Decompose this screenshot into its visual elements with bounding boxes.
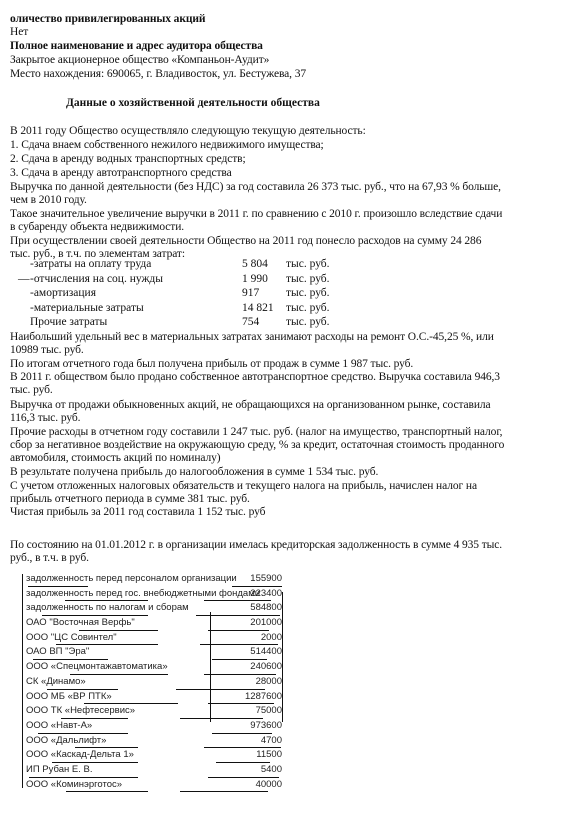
activity-3: 3. Сдача в аренду автотранспортного сред…	[10, 166, 232, 180]
creditor-amount: 11500	[256, 748, 282, 763]
other-expenses-text-3: автомобиля, стоимость акций по номиналу)	[10, 451, 221, 465]
creditor-name: ООО «Каскад-Дельта 1»	[26, 748, 134, 763]
cost-item: -материальные затраты 14 821 тыс. руб.	[10, 301, 410, 316]
creditor-name: ООО "ЦС Совинтел"	[26, 631, 117, 646]
creditor-name: ОАО ВП "Эра"	[26, 645, 89, 660]
largest-text-1: Наибольший удельный вес в материальных з…	[10, 330, 494, 344]
cost-label: -отчисления на соц. нужды	[30, 272, 163, 287]
cost-value: 754	[242, 315, 259, 330]
sold-vehicle-text-1: В 2011 г. обществом было продано собстве…	[10, 370, 500, 384]
cost-label: -затраты на оплату труда	[30, 257, 151, 272]
net-profit-text: Чистая прибыль за 2011 год составила 1 1…	[10, 505, 265, 519]
cost-value: 917	[242, 286, 259, 301]
creditor-amount: 1287600	[245, 690, 282, 705]
sold-vehicle-text-2: тыс. руб.	[10, 383, 53, 397]
creditor-amount: 973600	[250, 719, 282, 734]
increase-text-1: Такое значительное увеличение выручки в …	[10, 207, 502, 221]
cost-label: Прочие затраты	[30, 315, 107, 330]
revenue-text-1: Выручка по данной деятельности (без НДС)…	[10, 180, 501, 194]
creditor-name: ООО МБ «ВР ПТК»	[26, 690, 112, 705]
creditor-amount: 201000	[250, 616, 282, 631]
cost-label: -амортизация	[30, 286, 96, 301]
cost-item: -затраты на оплату труда 5 804 тыс. руб.	[10, 257, 410, 272]
intro-text: В 2011 году Общество осуществляло следую…	[10, 124, 366, 138]
cost-item: — -отчисления на соц. нужды 1 990 тыс. р…	[10, 272, 410, 287]
table-row: ИП Рубан Е. В.5400	[20, 763, 282, 778]
shares-revenue-text-1: Выручка от продажи обыкновенных акций, н…	[10, 398, 491, 412]
creditor-name: задолженность по налогам и сборам	[26, 601, 189, 616]
table-row: ООО «Спецмонтажавтоматика»240600	[20, 660, 282, 675]
cost-unit: тыс. руб.	[286, 272, 330, 287]
table-row: ООО «Навт-А»973600	[20, 719, 282, 734]
creditor-amount: 5400	[261, 763, 282, 778]
cost-unit: тыс. руб.	[286, 286, 330, 301]
table-row: ОАО ВП "Эра"514400	[20, 645, 282, 660]
creditor-amount: 155900	[250, 572, 282, 587]
row-underline	[66, 791, 148, 792]
creditor-name: ООО «Коминэрготос»	[26, 778, 122, 793]
table-row: ООО "ЦС Совинтел"2000	[20, 631, 282, 646]
cost-value: 5 804	[242, 257, 268, 272]
creditor-name: ООО «Спецмонтажавтоматика»	[26, 660, 168, 675]
auditor-name: Закрытое акционерное общество «Компаньон…	[10, 53, 269, 67]
table-row: задолженность перед гос. внебюджетными ф…	[20, 587, 282, 602]
creditor-amount: 28000	[256, 675, 282, 690]
other-expenses-text-1: Прочие расходы в отчетном году составили…	[10, 425, 502, 439]
payables-text-2: руб., в т.ч. в руб.	[10, 551, 89, 565]
dash-mark: —	[18, 272, 30, 287]
privileged-shares-title: оличество привилегированных акций	[10, 12, 205, 26]
table-row: задолженность по налогам и сборам584800	[20, 601, 282, 616]
creditor-name: задолженность перед гос. внебюджетными ф…	[26, 587, 260, 602]
creditor-amount: 514400	[250, 645, 282, 660]
other-expenses-text-2: сбор за негативное воздействие на окружа…	[10, 438, 504, 452]
creditor-amount: 2000	[261, 631, 282, 646]
cost-unit: тыс. руб.	[286, 315, 330, 330]
table-row: ООО «Коминэрготос»40000	[20, 778, 282, 793]
payables-table: задолженность перед персоналом организац…	[20, 572, 282, 792]
creditor-amount: 40000	[256, 778, 282, 793]
cost-item: -амортизация 917 тыс. руб.	[10, 286, 410, 301]
revenue-text-2: чем в 2010 году.	[10, 193, 87, 207]
creditor-amount: 75000	[256, 704, 282, 719]
auditor-title: Полное наименование и адрес аудитора общ…	[10, 39, 263, 53]
table-border-right	[282, 592, 283, 722]
table-row: ОАО "Восточная Верфь"201000	[20, 616, 282, 631]
increase-text-2: в субаренду объекта недвижимости.	[10, 220, 184, 234]
pretax-profit-text: В результате получена прибыль до налогоо…	[10, 465, 378, 479]
table-row: ООО «Каскад-Дельта 1»11500	[20, 748, 282, 763]
cost-unit: тыс. руб.	[286, 257, 330, 272]
privileged-shares-value: Нет	[10, 25, 28, 39]
cost-value: 14 821	[242, 301, 274, 316]
creditor-name: ООО «Дальлифт»	[26, 734, 106, 749]
auditor-address: Место нахождения: 690065, г. Владивосток…	[10, 67, 306, 81]
creditor-amount: 584800	[250, 601, 282, 616]
cost-value: 1 990	[242, 272, 268, 287]
table-row: задолженность перед персоналом организац…	[20, 572, 282, 587]
creditor-amount: 240600	[250, 660, 282, 675]
cost-items-list: -затраты на оплату труда 5 804 тыс. руб.…	[10, 257, 410, 330]
cost-label: -материальные затраты	[30, 301, 144, 316]
creditor-amount: 4700	[261, 734, 282, 749]
largest-text-2: 10989 тыс. руб.	[10, 343, 84, 357]
activity-1: 1. Сдача внаем собственного нежилого нед…	[10, 138, 324, 152]
activity-2: 2. Сдача в аренду водных транспортных ср…	[10, 152, 246, 166]
cost-unit: тыс. руб.	[286, 301, 330, 316]
creditor-name: ИП Рубан Е. В.	[26, 763, 92, 778]
amount-underline	[180, 791, 268, 792]
section-title: Данные о хозяйственной деятельности обще…	[66, 97, 320, 109]
table-row: СК «Динамо»28000	[20, 675, 282, 690]
creditor-name: задолженность перед персоналом организац…	[26, 572, 237, 587]
cost-item: Прочие затраты 754 тыс. руб.	[10, 315, 410, 330]
creditor-name: СК «Динамо»	[26, 675, 86, 690]
tax-text-1: С учетом отложенных налоговых обязательс…	[10, 479, 477, 493]
profit-sales-text: По итогам отчетного года был получена пр…	[10, 357, 413, 371]
tax-text-2: прибыль отчетного периода в сумме 381 ты…	[10, 492, 250, 506]
expenses-text-1: При осуществлении своей деятельности Общ…	[10, 234, 481, 248]
table-row: ООО МБ «ВР ПТК»1287600	[20, 690, 282, 705]
payables-text-1: По состоянию на 01.01.2012 г. в организа…	[10, 538, 502, 552]
table-row: ООО «Дальлифт»4700	[20, 734, 282, 749]
creditor-amount: 223400	[250, 587, 282, 602]
shares-revenue-text-2: 116,3 тыс. руб.	[10, 411, 80, 425]
creditor-name: ООО ТК «Нефтесервис»	[26, 704, 135, 719]
table-row: ООО ТК «Нефтесервис»75000	[20, 704, 282, 719]
creditor-name: ОАО "Восточная Верфь"	[26, 616, 135, 631]
creditor-name: ООО «Навт-А»	[26, 719, 92, 734]
